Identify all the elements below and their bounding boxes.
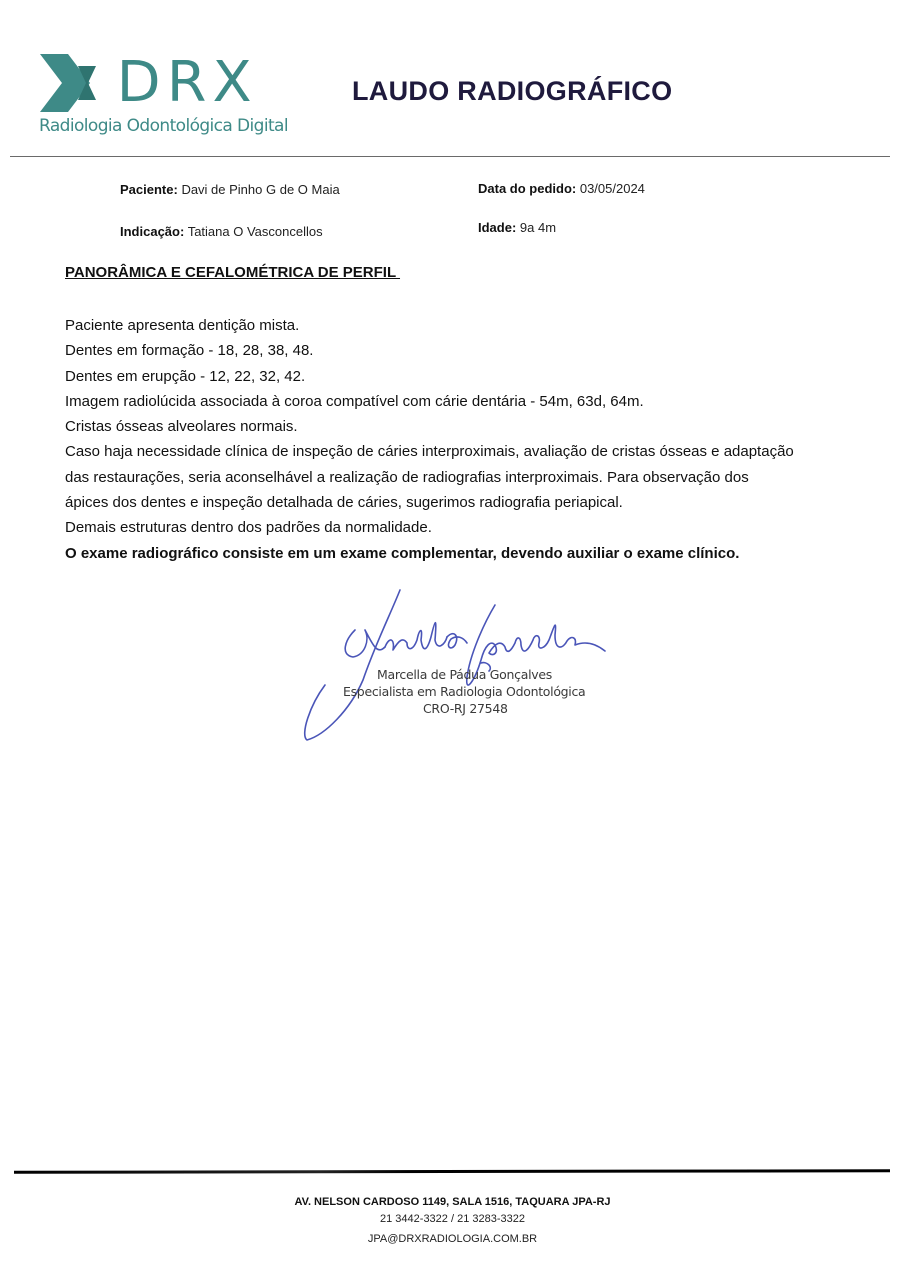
drx-logo: DRX Radiologia Odontológica Digital	[38, 50, 278, 140]
report-disclaimer: O exame radiográfico consiste em um exam…	[65, 541, 855, 566]
logo-wordmark: DRX	[117, 52, 258, 114]
page-title: LAUDO RADIOGRÁFICO	[352, 76, 672, 107]
footer-divider	[14, 1169, 890, 1174]
footer: AV. NELSON CARDOSO 1149, SALA 1516, TAQU…	[0, 1195, 905, 1246]
age-field: Idade: 9a 4m	[478, 220, 556, 235]
report-line: Cristas ósseas alveolares normais.	[65, 414, 855, 439]
report-line: Caso haja necessidade clínica de inspeçã…	[65, 439, 855, 464]
drx-chevron-logo-icon	[38, 52, 110, 114]
report-line: Imagem radiolúcida associada à coroa com…	[65, 389, 855, 414]
signer-registration: CRO-RJ 27548	[423, 701, 508, 716]
order-date-label: Data do pedido:	[478, 181, 576, 196]
report-line: Dentes em erupção - 12, 22, 32, 42.	[65, 364, 855, 389]
footer-email: JPA@DRXRADIOLOGIA.COM.BR	[0, 1232, 905, 1246]
patient-label: Paciente:	[120, 182, 178, 197]
patient-field: Paciente: Davi de Pinho G de O Maia	[120, 182, 340, 197]
indication-value: Tatiana O Vasconcellos	[188, 224, 323, 239]
indication-label: Indicação:	[120, 224, 184, 239]
logo-subtitle: Radiologia Odontológica Digital	[39, 116, 288, 136]
exam-section-title: PANORÂMICA E CEFALOMÉTRICA DE PERFIL	[65, 264, 400, 281]
footer-phones: 21 3442-3322 / 21 3283-3322	[0, 1211, 905, 1227]
header-divider	[10, 156, 890, 157]
signer-name: Marcella de Pádua Gonçalves	[377, 667, 552, 682]
age-value: 9a 4m	[520, 220, 556, 235]
order-date-field: Data do pedido: 03/05/2024	[478, 181, 645, 196]
handwritten-signature-icon	[295, 585, 615, 745]
report-line: das restaurações, seria aconselhável a r…	[65, 465, 855, 490]
signer-title: Especialista em Radiologia Odontológica	[343, 684, 585, 699]
report-line: Dentes em formação - 18, 28, 38, 48.	[65, 338, 855, 363]
report-body: Paciente apresenta dentição mista. Dente…	[65, 313, 855, 566]
report-line: Demais estruturas dentro dos padrões da …	[65, 515, 855, 540]
report-line: ápices dos dentes e inspeção detalhada d…	[65, 490, 855, 515]
footer-address: AV. NELSON CARDOSO 1149, SALA 1516, TAQU…	[0, 1195, 905, 1209]
report-line: Paciente apresenta dentição mista.	[65, 313, 855, 338]
order-date-value: 03/05/2024	[580, 181, 645, 196]
signature-block: Marcella de Pádua Gonçalves Especialista…	[295, 585, 615, 745]
patient-value: Davi de Pinho G de O Maia	[181, 182, 339, 197]
indication-field: Indicação: Tatiana O Vasconcellos	[120, 224, 323, 239]
age-label: Idade:	[478, 220, 516, 235]
